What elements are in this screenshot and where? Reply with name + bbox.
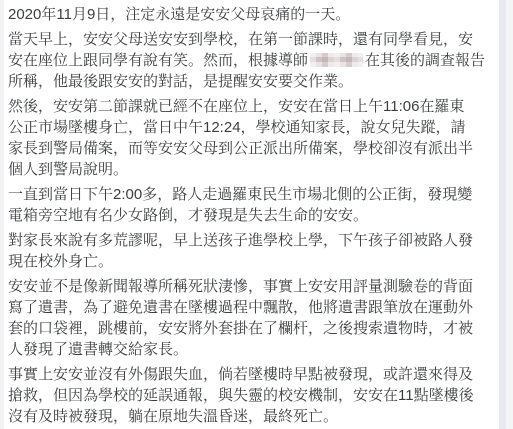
text-line: 然後，安安第二節課就已經不在座位上，安安在當日上午11:06在羅東 [8, 96, 498, 117]
text-line: 家長到警局備案，而等安安父母到公正派出所備案，學校卻沒有派出半 [8, 138, 498, 159]
text-line: 安安並不是像新聞報導所稱死狀淒慘，事實上安安用評量測驗卷的背面 [8, 276, 498, 297]
text-line: 沒有及時被發現，躺在原地失溫昏迷，最終死亡。 [8, 406, 498, 427]
text-line: 對家長來說有多荒謬呢，早上送孩子進學校上學，下午孩子卻被路人發 [8, 230, 498, 251]
text-line: 個人到警局說明。 [8, 159, 498, 180]
text-line: 安在座位上跟同學有說有笑。然而，根據導師在其後的調查報告 [8, 50, 498, 71]
paragraph: 事實上安安並沒有外傷跟失血，倘若墜樓時早點被發現，或許還來得及搶救，但因為學校的… [8, 364, 498, 427]
left-edge-strip [0, 0, 4, 429]
text-line: 現在校外身亡。 [8, 251, 498, 272]
text-line: 套的口袋裡，跳樓前，安安將外套掛在了欄杆，之後搜索遺物時，才被 [8, 318, 498, 339]
text-line: 2020年11月9日，注定永遠是安安父母哀痛的一天。 [8, 4, 498, 25]
text-line: 電箱旁空地有名少女路倒，才發現是失去生命的安安。 [8, 205, 498, 226]
paragraph: 然後，安安第二節課就已經不在座位上，安安在當日上午11:06在羅東公正市場墜樓身… [8, 96, 498, 180]
text-line: 寫了遺書，為了避免遺書在墜樓過程中飄散，他將遺書跟筆放在運動外 [8, 297, 498, 318]
text-line: 事實上安安並沒有外傷跟失血，倘若墜樓時早點被發現，或許還來得及 [8, 364, 498, 385]
scrollbar-track[interactable] [499, 0, 506, 429]
text-line: 一直到當日下午2:00多，路人走過羅東民生市場北側的公正街，發現變 [8, 184, 498, 205]
redacted-teacher-name-block [310, 53, 363, 67]
text-line: 公正市場墜樓身亡，當日中午12:24，學校通知家長，說女兒失蹤，請 [8, 117, 498, 138]
text-line: 搶救，但因為學校的延誤通報，與失靈的校安機制，安安在11點墜樓後 [8, 385, 498, 406]
right-edge-strip [506, 0, 513, 429]
text-line: 人發現了遺書轉交給家長。 [8, 339, 498, 360]
post-text: 2020年11月9日，注定永遠是安安父母哀痛的一天。當天早上，安安父母送安安到學… [8, 4, 498, 429]
paragraph: 一直到當日下午2:00多，路人走過羅東民生市場北側的公正街，發現變電箱旁空地有名… [8, 184, 498, 226]
paragraph: 當天早上，安安父母送安安到學校，在第一節課時，還有同學看見，安安在座位上跟同學有… [8, 29, 498, 92]
text-line: 所稱，他最後跟安安的對話，是提醒安安要交作業。 [8, 71, 498, 92]
paragraph: 安安並不是像新聞報導所稱死狀淒慘，事實上安安用評量測驗卷的背面寫了遺書，為了避免… [8, 276, 498, 360]
paragraph: 2020年11月9日，注定永遠是安安父母哀痛的一天。 [8, 4, 498, 25]
paragraph: 對家長來說有多荒謬呢，早上送孩子進學校上學，下午孩子卻被路人發現在校外身亡。 [8, 230, 498, 272]
text-line: 當天早上，安安父母送安安到學校，在第一節課時，還有同學看見，安 [8, 29, 498, 50]
